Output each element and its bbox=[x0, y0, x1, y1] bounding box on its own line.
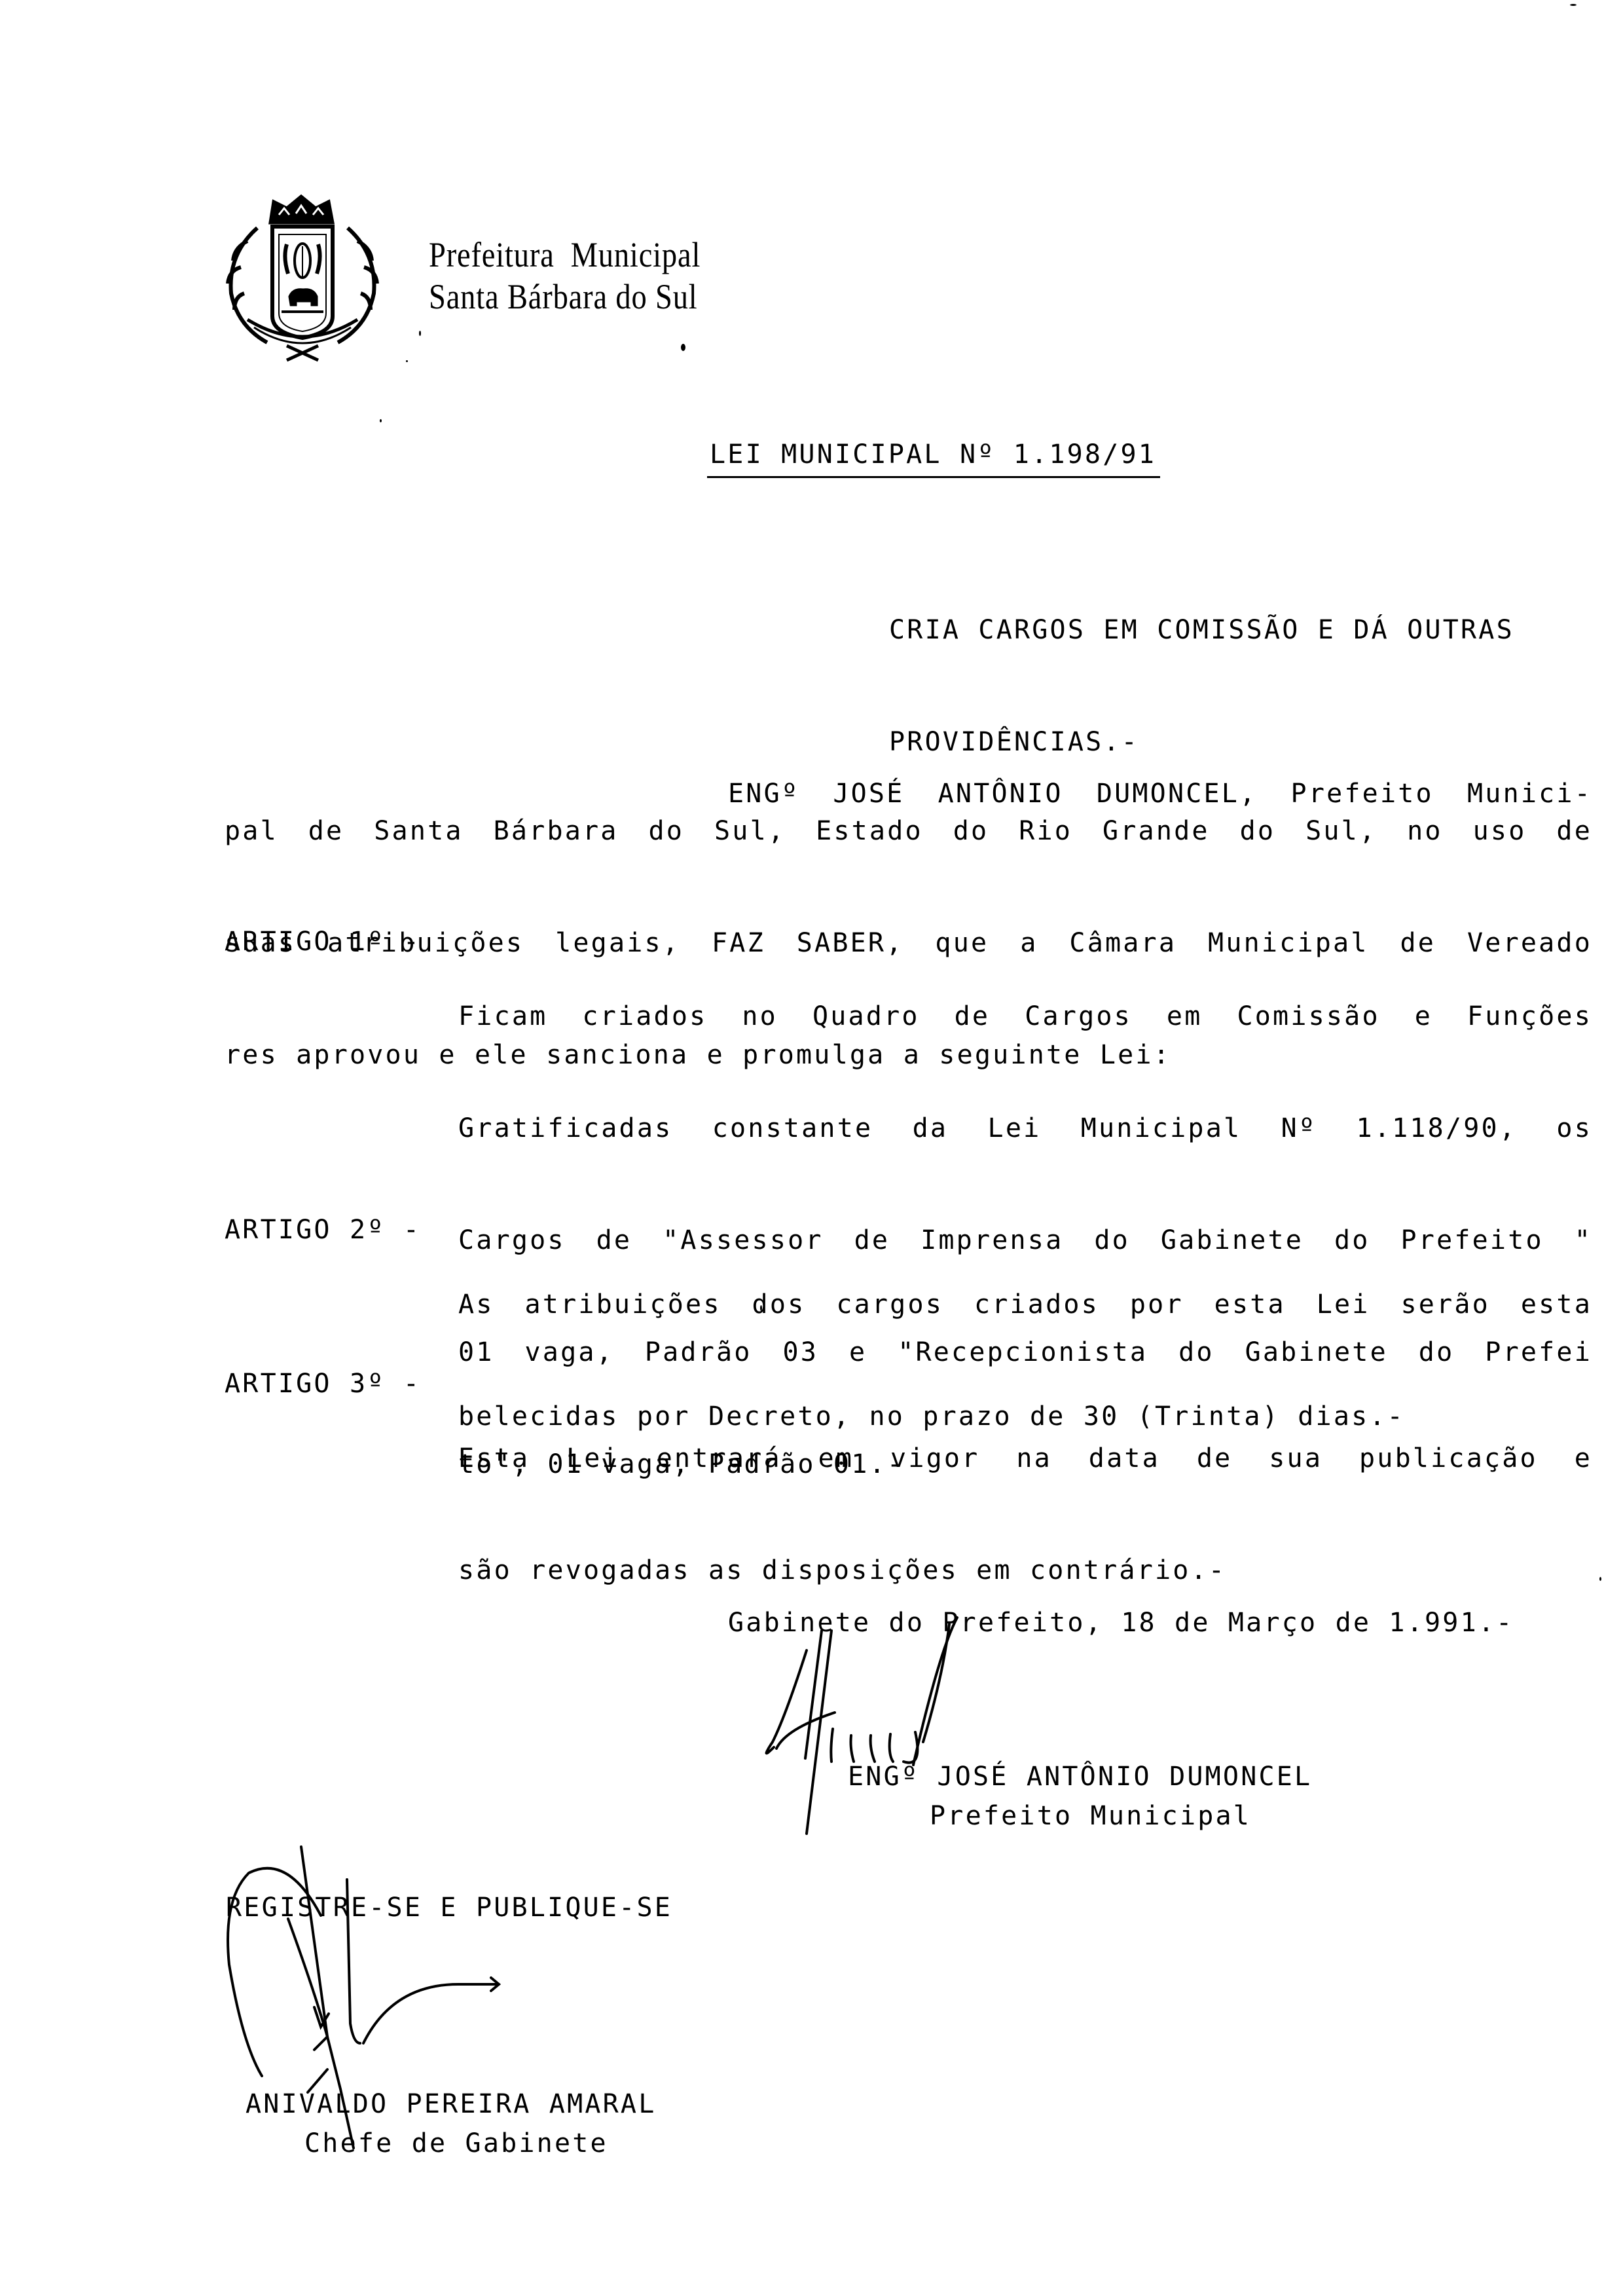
registry-instruction: REGISTRE-SE E PUBLIQUE-SE bbox=[226, 1889, 672, 1927]
chief-of-staff-role: Chefe de Gabinete bbox=[304, 2125, 608, 2162]
chief-of-staff-name: ANIVALDO PEREIRA AMARAL bbox=[246, 2086, 657, 2123]
chief-of-staff-signature bbox=[0, 0, 1623, 2296]
